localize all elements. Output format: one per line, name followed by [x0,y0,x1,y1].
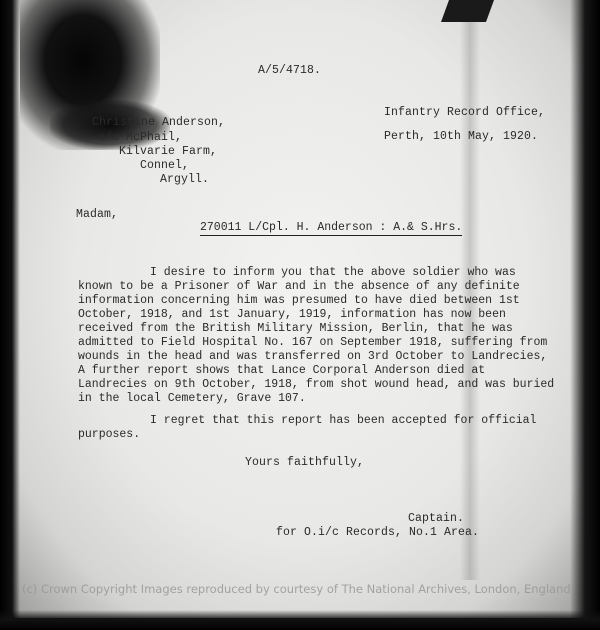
paragraph-line: Landrecies on 9th October, 1918, from sh… [78,378,554,391]
scan-edge-bottom [0,610,600,630]
copyright-watermark: (c) Crown Copyright Images reproduced by… [22,582,571,596]
paragraph-line: A further report shows that Lance Corpor… [78,364,485,377]
paragraph-line: I desire to inform you that the above so… [150,266,516,279]
recipient-line: Kilvarie Farm, [119,145,217,158]
paragraph-line: wounds in the head and was transferred o… [78,350,547,363]
paragraph-line: in the local Cemetery, Grave 107. [78,392,306,405]
paragraph-line: admitted to Field Hospital No. 167 on Se… [78,336,547,349]
scan-edge-left [0,0,20,630]
paragraph-line: October, 1918, and 1st January, 1919, in… [78,308,506,321]
recipient-line: c/o McPhail, [98,131,182,144]
paragraph-line: known to be a Prisoner of War and in the… [78,280,520,293]
sender-office: Infantry Record Office, [384,106,545,119]
reference-number: A/5/4718. [258,64,321,77]
scan-edge-right [570,0,600,630]
closing: Yours faithfully, [245,456,364,469]
recipient-name: Christine Anderson, [92,116,225,129]
paragraph-line: purposes. [78,428,140,441]
paragraph-line: information concerning him was presumed … [78,294,520,307]
salutation: Madam, [76,208,118,221]
sender-place-date: Perth, 10th May, 1920. [384,130,538,143]
subject-line: 270011 L/Cpl. H. Anderson : A.& S.Hrs. [200,221,462,236]
signature-for: for O.i/c Records, No.1 Area. [276,526,479,539]
paragraph-line: I regret that this report has been accep… [150,414,536,427]
signature-title: Captain. [408,512,464,525]
recipient-line: Argyll. [160,173,209,186]
paragraph-line: received from the British Military Missi… [78,322,513,335]
paper-tab [441,0,494,22]
recipient-line: Connel, [140,159,189,172]
